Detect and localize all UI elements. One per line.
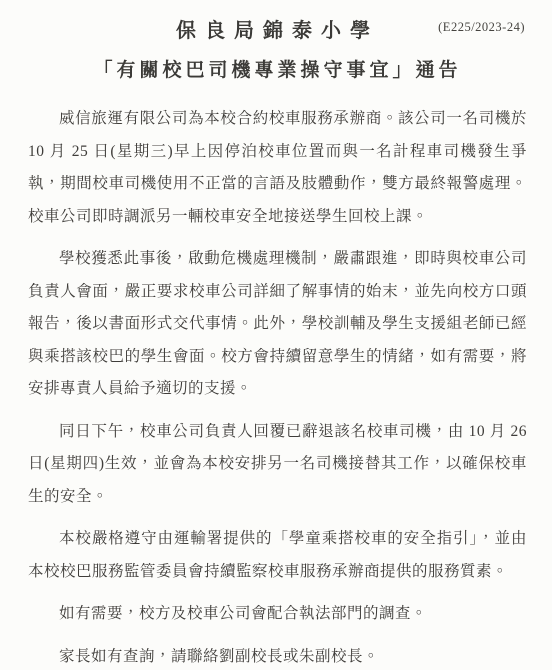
paragraph-law-enforcement-cooperation: 如有需要，校方及校車公司會配合執法部門的調查。 bbox=[28, 598, 527, 631]
paragraph-driver-dismissal: 同日下午，校車公司負責人回覆已辭退該名校車司機，由 10 月 26 日(星期四)… bbox=[28, 416, 527, 514]
school-notice-document: 保良局錦泰小學 (E225/2023-24) 「有關校巴司機專業操守事宜」通告 … bbox=[0, 0, 552, 670]
notice-header: 保良局錦泰小學 (E225/2023-24) bbox=[28, 14, 527, 46]
paragraph-school-response: 學校獲悉此事後，啟動危機處理機制，嚴肅跟進，即時與校車公司負責人會面，嚴正要求校… bbox=[28, 243, 527, 406]
notice-body: 威信旅運有限公司為本校合約校車服務承辦商。該公司一名司機於 10 月 25 日(… bbox=[28, 103, 527, 670]
reference-number: (E225/2023-24) bbox=[438, 20, 525, 35]
paragraph-safety-guidelines: 本校嚴格遵守由運輸署提供的「學童乘搭校車的安全指引」，並由本校校巴服務監管委員會… bbox=[28, 523, 527, 588]
notice-title: 「有關校巴司機專業操守事宜」通告 bbox=[28, 55, 527, 82]
paragraph-incident-description: 威信旅運有限公司為本校合約校車服務承辦商。該公司一名司機於 10 月 25 日(… bbox=[28, 103, 527, 233]
paragraph-parent-enquiry-contact: 家長如有查詢，請聯絡劉副校長或朱副校長。 bbox=[28, 641, 527, 670]
